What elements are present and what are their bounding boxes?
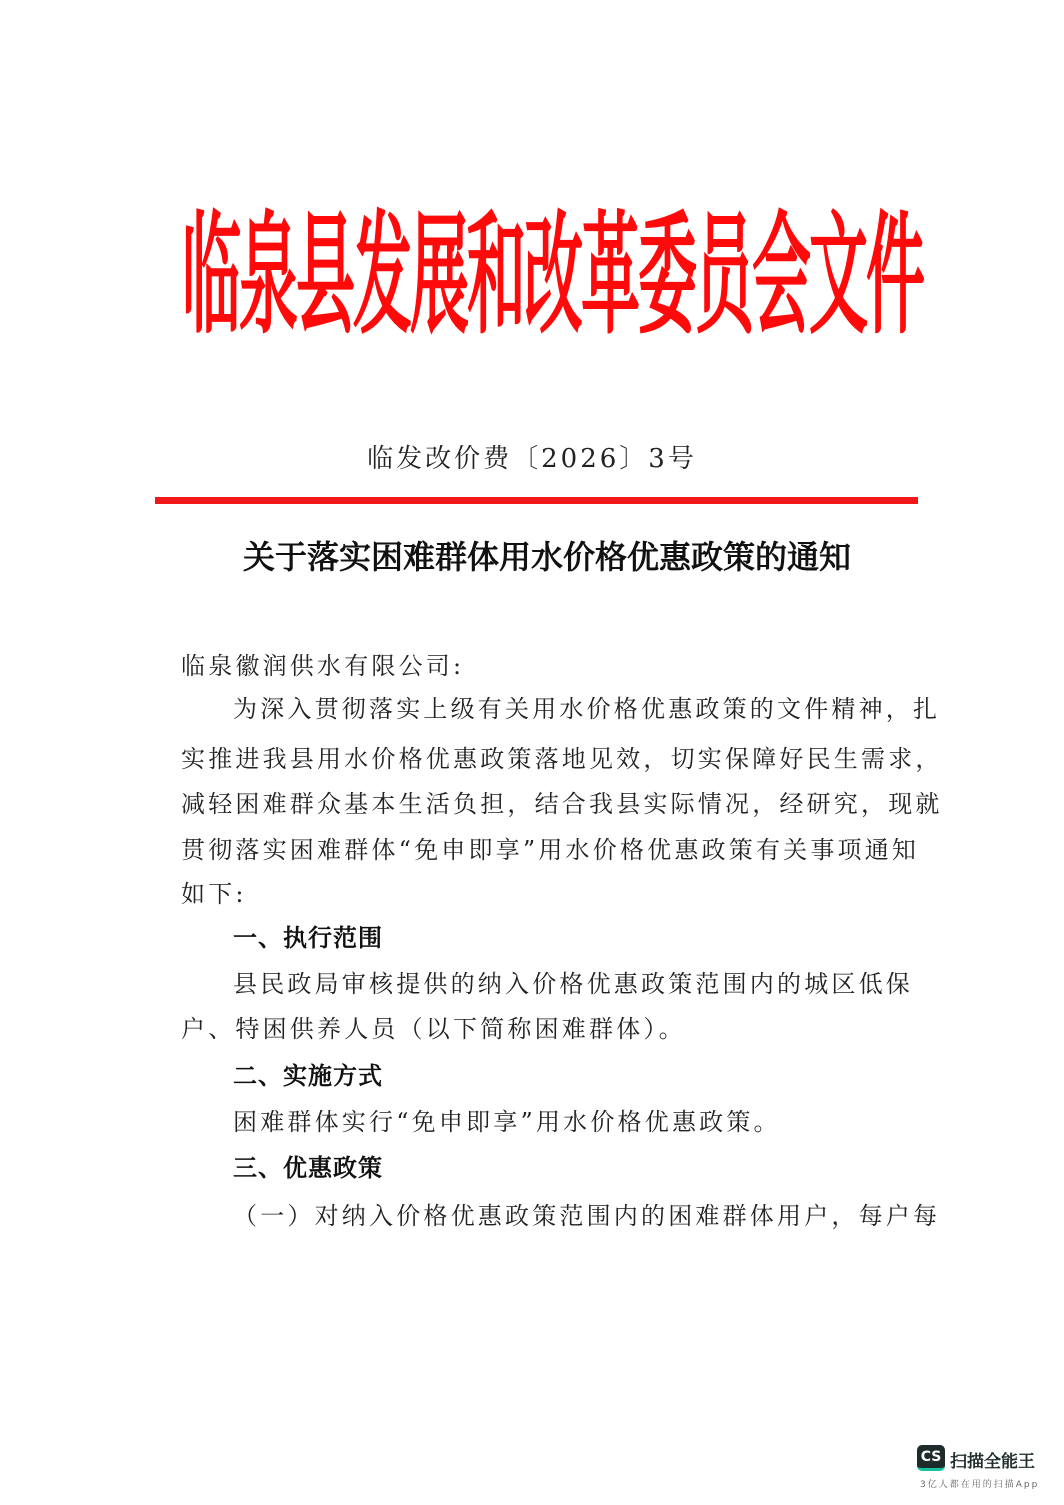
masthead-char: 文 xyxy=(809,209,837,341)
masthead-char: 县 xyxy=(296,209,324,341)
masthead-char: 会 xyxy=(752,209,780,341)
document-number: 临发改价费〔2026〕3号 xyxy=(0,438,1064,475)
masthead-char: 和 xyxy=(467,209,495,341)
paragraph-line: （一）对纳入价格优惠政策范围内的困难群体用户，每户每 xyxy=(233,1193,940,1240)
addressee: 临泉徽润供水有限公司: xyxy=(181,643,464,690)
watermark-app-name: 扫描全能王 xyxy=(950,1447,1035,1472)
section-heading: 二、实施方式 xyxy=(233,1053,383,1100)
masthead-char: 发 xyxy=(353,209,381,341)
masthead-char: 临 xyxy=(182,209,210,341)
masthead-char: 泉 xyxy=(239,209,267,341)
masthead-char: 员 xyxy=(695,209,723,341)
scanner-watermark: CS 扫描全能王 3亿人都在用的扫描App xyxy=(917,1443,1047,1493)
masthead-char: 委 xyxy=(638,209,666,341)
paragraph-line: 贯彻落实困难群体“免申即享”用水价格优惠政策有关事项通知 xyxy=(181,827,919,874)
section-heading: 三、优惠政策 xyxy=(233,1145,383,1192)
paragraph-line: 县民政局审核提供的纳入价格优惠政策范围内的城区低保 xyxy=(233,961,913,1008)
paragraph-line: 减轻困难群众基本生活负担，结合我县实际情况，经研究，现就 xyxy=(181,781,943,828)
paragraph-line: 困难群体实行“免申即享”用水价格优惠政策。 xyxy=(233,1099,781,1146)
document-masthead: 临 泉 县 发 展 和 改 革 委 员 会 文 件 xyxy=(168,200,908,350)
camscanner-logo-icon: CS xyxy=(917,1445,945,1471)
notice-title: 关于落实困难群体用水价格优惠政策的通知 xyxy=(0,532,1064,578)
paragraph-line: 实推进我县用水价格优惠政策落地见效，切实保障好民生需求， xyxy=(181,736,943,783)
paragraph-line: 为深入贯彻落实上级有关用水价格优惠政策的文件精神，扎 xyxy=(233,686,940,733)
masthead-char: 革 xyxy=(581,209,609,341)
red-divider xyxy=(155,497,918,504)
masthead-char: 展 xyxy=(410,209,438,341)
paragraph-line: 如下: xyxy=(181,871,247,918)
watermark-tagline: 3亿人都在用的扫描App xyxy=(920,1477,1039,1490)
section-heading: 一、执行范围 xyxy=(233,915,383,962)
masthead-char: 件 xyxy=(866,209,894,341)
masthead-char: 改 xyxy=(524,209,552,341)
paragraph-line: 户、特困供养人员（以下简称困难群体）。 xyxy=(181,1006,686,1053)
